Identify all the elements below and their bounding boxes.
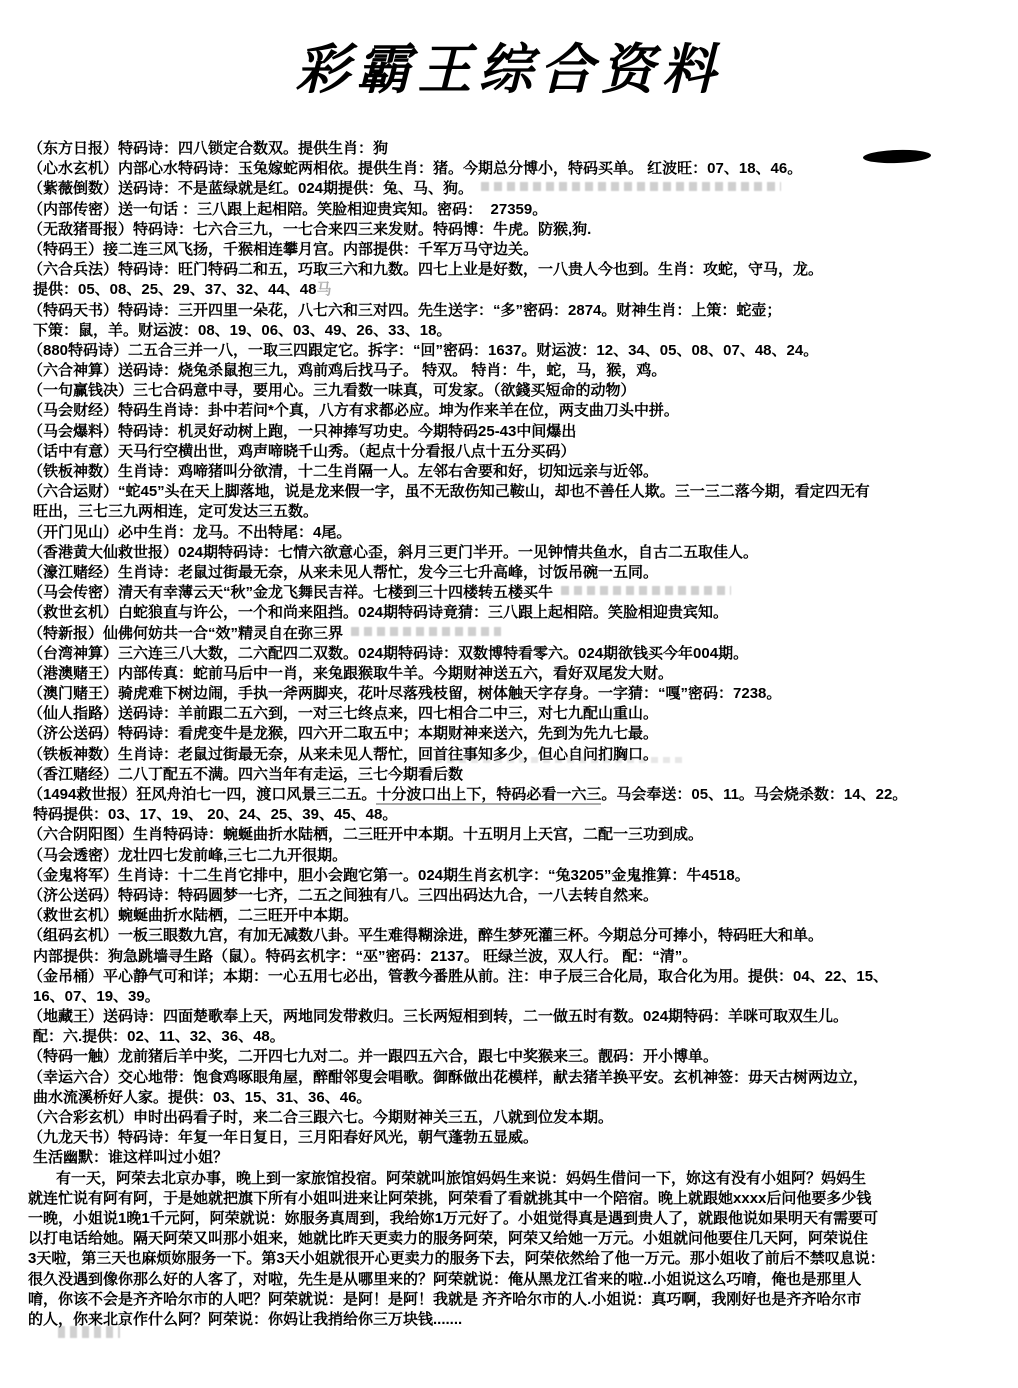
line-segment: （澳门赌王）骑虎难下树边闹，手执一斧两脚夹，花叶尽落残枝留，树体触天字存身。一字… [28, 685, 781, 702]
text-line: 的人，你来北京作什么阿？阿荣说：你妈让我捎给你三万块钱....... [28, 1310, 1014, 1330]
text-line: （救世玄机）白蛇狼直与许公，一个和尚来阻挡。024期特码诗竟猜：三八跟上起相陪。… [28, 603, 1014, 623]
text-line: （880特码诗）二五合三并一八，一取三四跟定它。拆字：“回”密码：1637。财运… [28, 341, 1014, 361]
text-line: 特码提供：03、17、19、 20、24、25、39、45、48。 [28, 805, 1014, 825]
line-segment: （无敌猪哥报）特码诗：七六合三九，一七合来四三来发财。特码博：牛虎。防猴,狗. [28, 221, 591, 238]
line-segment: （九龙天书）特码诗：年复一年日复日，三月阳春好风光，朝气蓬勃五显威。 [28, 1129, 538, 1146]
text-line: （马会财经）特码生肖诗：卦中若问*个真，八方有求都必应。坤为作来羊在位，两支曲刀… [28, 401, 1014, 421]
line-segment: （880特码诗）二五合三并一八，一取三四跟定它。拆字：“回”密码：1637。财运… [28, 342, 818, 359]
line-segment: （金吊桶）平心静气可和详；本期：一心五用七必出，管教今番胜从前。注：申子辰三合化… [28, 968, 888, 985]
line-segment: （金鬼将军）生肖诗：十二生肖它排中，胆小会跑它第一。024期生肖玄机字：“兔32… [28, 867, 750, 884]
text-line: （无敌猪哥报）特码诗：七六合三九，一七合来四三来发财。特码博：牛虎。防猴,狗. [28, 220, 1014, 240]
text-line: （仙人指路）送码诗：羊前跟二五六到，一对三七终点来，四七相合二中三，对七九配山重… [28, 704, 1014, 724]
line-segment: （港澳赌王）内部传真：蛇前马后中一肖，来兔跟猴取牛羊。今期财神送五六，看好双尾发… [28, 665, 673, 682]
text-line: （九龙天书）特码诗：年复一年日复日，三月阳春好风光，朝气蓬勃五显威。 [28, 1128, 1014, 1148]
line-segment: （东方日报）特码诗：四八锁定合数双。提供生肖：狗 [28, 140, 388, 157]
text-line: （濠江赌经）生肖诗：老鼠过街最无奈，从来未见人帮忙，发今三七升高峰，讨饭吊碗一五… [28, 563, 1014, 583]
text-line: （幸运六合）交心地带：饱食鸡啄眼角屋，醉酣邻叟会唱歌。御酥做出花模样，献去猪羊换… [28, 1068, 1014, 1088]
text-line: （六合阴阳图）生肖特码诗：蜿蜒曲折水陆栖，二三旺开中本期。十五明月上天宫，二配一… [28, 825, 1014, 845]
text-line: （组码玄机）一板三眼数九宫，有加无减数八卦。平生难得糊涂进，醉生梦死灌三杯。今期… [28, 926, 1014, 946]
line-segment: （救世玄机）蜿蜒曲折水陆栖，二三旺开中本期。 [28, 907, 358, 924]
line-segment: 十分波口出上下，特码必看一六三 [376, 786, 601, 805]
text-line: （六合运财）“蛇45”头在天上脚落地，说是龙来假一字，虽不无敌伤知己鞍山，却也不… [28, 482, 1014, 502]
smear-mark [435, 757, 685, 763]
smudge-mark [481, 182, 781, 191]
line-segment: （特码一触）龙前猪后羊中奖，二开四七九对二。并一跟四五六合，跟七中奖猴来三。靓码… [28, 1048, 718, 1065]
line-segment: （濠江赌经）生肖诗：老鼠过街最无奈，从来未见人帮忙，发今三七升高峰，讨饭吊碗一五… [28, 564, 658, 581]
line-segment: （救世玄机）白蛇狼直与许公，一个和尚来阻挡。024期特码诗竟猜：三八跟上起相陪。… [28, 604, 728, 621]
line-segment: （一句赢钱决）三七合码意中寻，要用心。三九看数一味真，可发家。（欲錢买短命的动物… [28, 382, 636, 399]
text-line: （香港黄大仙救世报）024期特码诗：七情六欲意心歪，斜月三更门半开。一见钟情共鱼… [28, 543, 1014, 563]
text-line: 以打电话给她。隔天阿荣又叫那小姐来，她就比昨天更卖力的服务阿荣，阿荣又给她一万元… [28, 1229, 1014, 1249]
text-line: （济公送码）特码诗：特码圆梦一七齐，二五之间独有八。三四出码达九合，一八去转自然… [28, 886, 1014, 906]
line-segment: （六合阴阳图）生肖特码诗：蜿蜒曲折水陆栖，二三旺开中本期。十五明月上天宫，二配一… [28, 826, 703, 843]
text-line: 提供：05、08、25、29、37、32、44、48马 [28, 280, 1014, 300]
line-segment: 生活幽默：谁这样叫过小姐？ [33, 1149, 228, 1166]
text-line: （特码王）接二连三风飞扬，千猴相连攀月宫。内部提供：千军万马守边关。 [28, 240, 1014, 260]
line-segment: 16、07、19、39。 [33, 988, 160, 1005]
text-line: 内部提供：狗急跳墙寻生路（鼠）。特码玄机字：“巫”密码：2137。 旺绿兰波，双… [28, 947, 1014, 967]
line-segment: （开门见山）必中生肖：龙马。不出特尾：4尾。 [28, 524, 351, 541]
text-line: 下策：鼠，羊。财运波：08、19、06、03、49、26、33、18。 [28, 321, 1014, 341]
text-line: （话中有意）天马行空横出世，鸡声啼晓千山秀。（起点十分看报八点十五分买码） [28, 442, 1014, 462]
text-line: （内部传密）送一句话 ：三八跟上起相陪。笑脸相迎贵宾知。密码： 27359。 [28, 200, 1014, 220]
text-line: （香江赌经）二八丁配五不满。四六当年有走运，三七今期看后数 [28, 765, 1014, 785]
line-segment: 以打电话给她。隔天阿荣又叫那小姐来，她就比昨天更卖力的服务阿荣，阿荣又给她一万元… [28, 1230, 868, 1247]
text-line: 3天啦，第三天也麻烦妳服务一下。第3天小姐就很开心更卖力的服务下去，阿荣依然给了… [28, 1249, 1014, 1269]
line-segment: （济公送码）特码诗：特码圆梦一七齐，二五之间独有八。三四出码达九合，一八去转自然… [28, 887, 658, 904]
text-line: 旺出，三七三九两相连，定可发达三五数。 [28, 502, 1014, 522]
line-segment: （紫薇倒数）送码诗：不是蓝绿就是红。024期提供：兔、马、狗。 [28, 180, 473, 197]
line-segment: 一晚，小姐说1晚1千元阿，阿荣就说：妳服务真周到，我给妳1万元好了。小姐觉得真是… [28, 1210, 878, 1227]
text-line: （马会传密）清天有幸薄云天“秋”金龙飞舞民吉祥。七楼到三十四楼转五楼买牛 [28, 583, 1014, 603]
text-line: （马会透密）龙壮四七发前峰,三七二九开很期。 [28, 846, 1014, 866]
line-segment: 旺出，三七三九两相连，定可发达三五数。 [33, 503, 318, 520]
line-segment: （香港黄大仙救世报）024期特码诗：七情六欲意心歪，斜月三更门半开。一见钟情共鱼… [28, 544, 758, 561]
line-segment: （香江赌经）二八丁配五不满。四六当年有走运，三七今期看后数 [28, 766, 463, 783]
text-line: 生活幽默：谁这样叫过小姐？ [28, 1148, 1014, 1168]
line-segment: 有一天，阿荣去北京办事，晚上到一家旅馆投宿。阿荣就叫旅馆妈妈生来说：妈妈生借问一… [56, 1170, 866, 1187]
text-line: 很久没遇到像你那么好的人客了，对啦，先生是从哪里来的？阿荣就说：俺从黑龙江省来的… [28, 1270, 1014, 1290]
line-segment: （济公送码）特码诗：看虎变牛是龙猴，四六开二取五中；本期财神来送六，先到为先九七… [28, 725, 658, 742]
line-segment: 马 [316, 281, 331, 298]
text-line: （港澳赌王）内部传真：蛇前马后中一肖，来兔跟猴取牛羊。今期财神送五六，看好双尾发… [28, 664, 1014, 684]
line-segment: （六合神算）送码诗：烧兔杀鼠抱三九，鸡前鸡后找马子。 特双。 特肖：牛，蛇，马，… [28, 362, 666, 379]
text-line: （金鬼将军）生肖诗：十二生肖它排中，胆小会跑它第一。024期生肖玄机字：“兔32… [28, 866, 1014, 886]
smear-mark [58, 1326, 120, 1338]
line-segment: 很久没遇到像你那么好的人客了，对啦，先生是从哪里来的？阿荣就说：俺从黑龙江省来的… [28, 1271, 861, 1288]
line-segment: （仙人指路）送码诗：羊前跟二五六到，一对三七终点来，四七相合二中三，对七九配山重… [28, 705, 658, 722]
text-line: （特新报）仙佛何妨共一合“效”精灵自在弥三界 [28, 624, 1014, 644]
line-segment: （心水玄机）内部心水特码诗：玉兔嫁蛇两相依。提供生肖：猪。今期总分博小，特码买单… [28, 160, 802, 177]
text-line: （紫薇倒数）送码诗：不是蓝绿就是红。024期提供：兔、马、狗。 [28, 179, 1014, 199]
text-line: （济公送码）特码诗：看虎变牛是龙猴，四六开二取五中；本期财神来送六，先到为先九七… [28, 724, 1014, 744]
text-line: （澳门赌王）骑虎难下树边闹，手执一斧两脚夹，花叶尽落残枝留，树体触天字存身。一字… [28, 684, 1014, 704]
line-segment: 配：六.提供：02、11、32、36、48。 [33, 1028, 285, 1045]
line-segment: （地藏王）送码诗：四面楚歌奉上天，两地同发带救归。三长两短相到转，二一做五时有数… [28, 1008, 848, 1025]
line-segment: （马会传密）清天有幸薄云天“秋”金龙飞舞民吉祥。七楼到三十四楼转五楼买牛 [28, 584, 553, 601]
line-segment: （六合运财）“蛇45”头在天上脚落地，说是龙来假一字，虽不无敌伤知己鞍山，却也不… [28, 483, 870, 500]
line-segment: （幸运六合）交心地带：饱食鸡啄眼角屋，醉酣邻叟会唱歌。御酥做出花模样，献去猪羊换… [28, 1069, 868, 1086]
line-segment: （马会透密）龙壮四七发前峰,三七二九开很期。 [28, 847, 347, 864]
line-segment: （特码天书）特码诗：三开四里一朵花，八七六和三对四。先生送字：“多”密码：287… [28, 302, 781, 319]
text-line: 有一天，阿荣去北京办事，晚上到一家旅馆投宿。阿荣就叫旅馆妈妈生来说：妈妈生借问一… [28, 1169, 1014, 1189]
page-title: 彩霸王综合资料 [29, 22, 989, 116]
text-line: （特码天书）特码诗：三开四里一朵花，八七六和三对四。先生送字：“多”密码：287… [28, 301, 1014, 321]
text-line: （台湾神算）三六连三八大数，二六配四二双数。024期特码诗：双数博特看零六。02… [28, 644, 1014, 664]
line-segment: （话中有意）天马行空横出世，鸡声啼晓千山秀。（起点十分看报八点十五分买码） [28, 443, 576, 460]
text-line: （六合兵法）特码诗：旺门特码二和五，巧取三六和九数。四七上业是好数，一八贵人今也… [28, 260, 1014, 280]
line-segment: （六合兵法）特码诗：旺门特码二和五，巧取三六和九数。四七上业是好数，一八贵人今也… [28, 261, 823, 278]
text-line: 就连忙说有阿有阿，于是她就把旗下所有小姐叫进来让阿荣挑，阿荣看了看就挑其中一个陪… [28, 1189, 1014, 1209]
smudge-mark [561, 586, 731, 595]
text-line: 配：六.提供：02、11、32、36、48。 [28, 1027, 1014, 1047]
text-line: （六合彩玄机）申时出码看子时，来二合三跟六七。今期财神关三五，八就到位发本期。 [28, 1108, 1014, 1128]
line-segment: （马会财经）特码生肖诗：卦中若问*个真，八方有求都必应。坤为作来羊在位，两支曲刀… [28, 402, 679, 419]
text-line: （1494救世报）狂风舟泊七一四，渡口风景三二五。十分波口出上下，特码必看一六三… [28, 785, 1014, 805]
line-segment: 特码提供：03、17、19、 20、24、25、39、45、48。 [33, 806, 397, 823]
text-line: （地藏王）送码诗：四面楚歌奉上天，两地同发带救归。三长两短相到转，二一做五时有数… [28, 1007, 1014, 1027]
line-segment: （内部传密）送一句话 ：三八跟上起相陪。笑脸相迎贵宾知。密码： 27359。 [28, 201, 547, 218]
text-line: 曲水流溪桥好人家。提供：03、15、31、36、46。 [28, 1088, 1014, 1108]
line-segment: （特新报）仙佛何妨共一合“效”精灵自在弥三界 [28, 625, 343, 642]
line-segment: 下策：鼠，羊。财运波：08、19、06、03、49、26、33、18。 [33, 322, 451, 339]
text-lines: （东方日报）特码诗：四八锁定合数双。提供生肖：狗（心水玄机）内部心水特码诗：玉兔… [28, 139, 1014, 1330]
text-line: （一句赢钱决）三七合码意中寻，要用心。三九看数一味真，可发家。（欲錢买短命的动物… [28, 381, 1014, 401]
text-line: 唷，你该不会是齐齐哈尔市的人吧？阿荣就说：是阿！是阿！我就是 齐齐哈尔市的人.小… [28, 1290, 1014, 1310]
smudge-mark [351, 627, 501, 636]
line-segment: 。马会奉送：05、11。马会烧杀数：14、22。 [601, 786, 907, 803]
text-line: （特码一触）龙前猪后羊中奖，二开四七九对二。并一跟四五六合，跟七中奖猴来三。靓码… [28, 1047, 1014, 1067]
text-line: （铁板神数）生肖诗：鸡啼猪叫分欲清，十二生肖隔一人。左邻右舍要和好，切知远亲与近… [28, 462, 1014, 482]
text-line: 16、07、19、39。 [28, 987, 1014, 1007]
text-line: （开门见山）必中生肖：龙马。不出特尾：4尾。 [28, 523, 1014, 543]
text-line: （心水玄机）内部心水特码诗：玉兔嫁蛇两相依。提供生肖：猪。今期总分博小，特码买单… [28, 159, 1014, 179]
line-segment: （1494救世报）狂风舟泊七一四，渡口风景三二五。 [28, 786, 376, 803]
line-segment: （组码玄机）一板三眼数九宫，有加无减数八卦。平生难得糊涂进，醉生梦死灌三杯。今期… [28, 927, 823, 944]
line-segment: 3天啦，第三天也麻烦妳服务一下。第3天小姐就很开心更卖力的服务下去，阿荣依然给了… [28, 1250, 885, 1267]
line-segment: （马会爆料）特码诗：机灵好动树上跑，一只神捧写功史。今期特码25-43中间爆出 [28, 423, 576, 440]
text-line: （救世玄机）蜿蜒曲折水陆栖，二三旺开中本期。 [28, 906, 1014, 926]
text-line: （六合神算）送码诗：烧兔杀鼠抱三九，鸡前鸡后找马子。 特双。 特肖：牛，蛇，马，… [28, 361, 1014, 381]
line-segment: （台湾神算）三六连三八大数，二六配四二双数。024期特码诗：双数博特看零六。02… [28, 645, 748, 662]
line-segment: （特码王）接二连三风飞扬，千猴相连攀月宫。内部提供：千军万马守边关。 [28, 241, 538, 258]
line-segment: 内部提供：狗急跳墙寻生路（鼠）。特码玄机字：“巫”密码：2137。 旺绿兰波，双… [33, 948, 697, 965]
line-segment: 曲水流溪桥好人家。提供：03、15、31、36、46。 [33, 1089, 371, 1106]
text-line: （马会爆料）特码诗：机灵好动树上跑，一只神捧写功史。今期特码25-43中间爆出 [28, 422, 1014, 442]
line-segment: （六合彩玄机）申时出码看子时，来二合三跟六七。今期财神关三五，八就到位发本期。 [28, 1109, 613, 1126]
line-segment: （铁板神数）生肖诗：鸡啼猪叫分欲清，十二生肖隔一人。左邻右舍要和好，切知远亲与近… [28, 463, 658, 480]
line-segment: 就连忙说有阿有阿，于是她就把旗下所有小姐叫进来让阿荣挑，阿荣看了看就挑其中一个陪… [28, 1190, 871, 1207]
page: 彩霸王综合资料 （东方日报）特码诗：四八锁定合数双。提供生肖：狗（心水玄机）内部… [0, 0, 1018, 1388]
line-segment: 提供：05、08、25、29、37、32、44、48 [33, 281, 316, 298]
text-line: 一晚，小姐说1晚1千元阿，阿荣就说：妳服务真周到，我给妳1万元好了。小姐觉得真是… [28, 1209, 1014, 1229]
line-segment: 唷，你该不会是齐齐哈尔市的人吧？阿荣就说：是阿！是阿！我就是 齐齐哈尔市的人.小… [28, 1291, 861, 1308]
text-line: （金吊桶）平心静气可和详；本期：一心五用七必出，管教今番胜从前。注：申子辰三合化… [28, 967, 1014, 987]
